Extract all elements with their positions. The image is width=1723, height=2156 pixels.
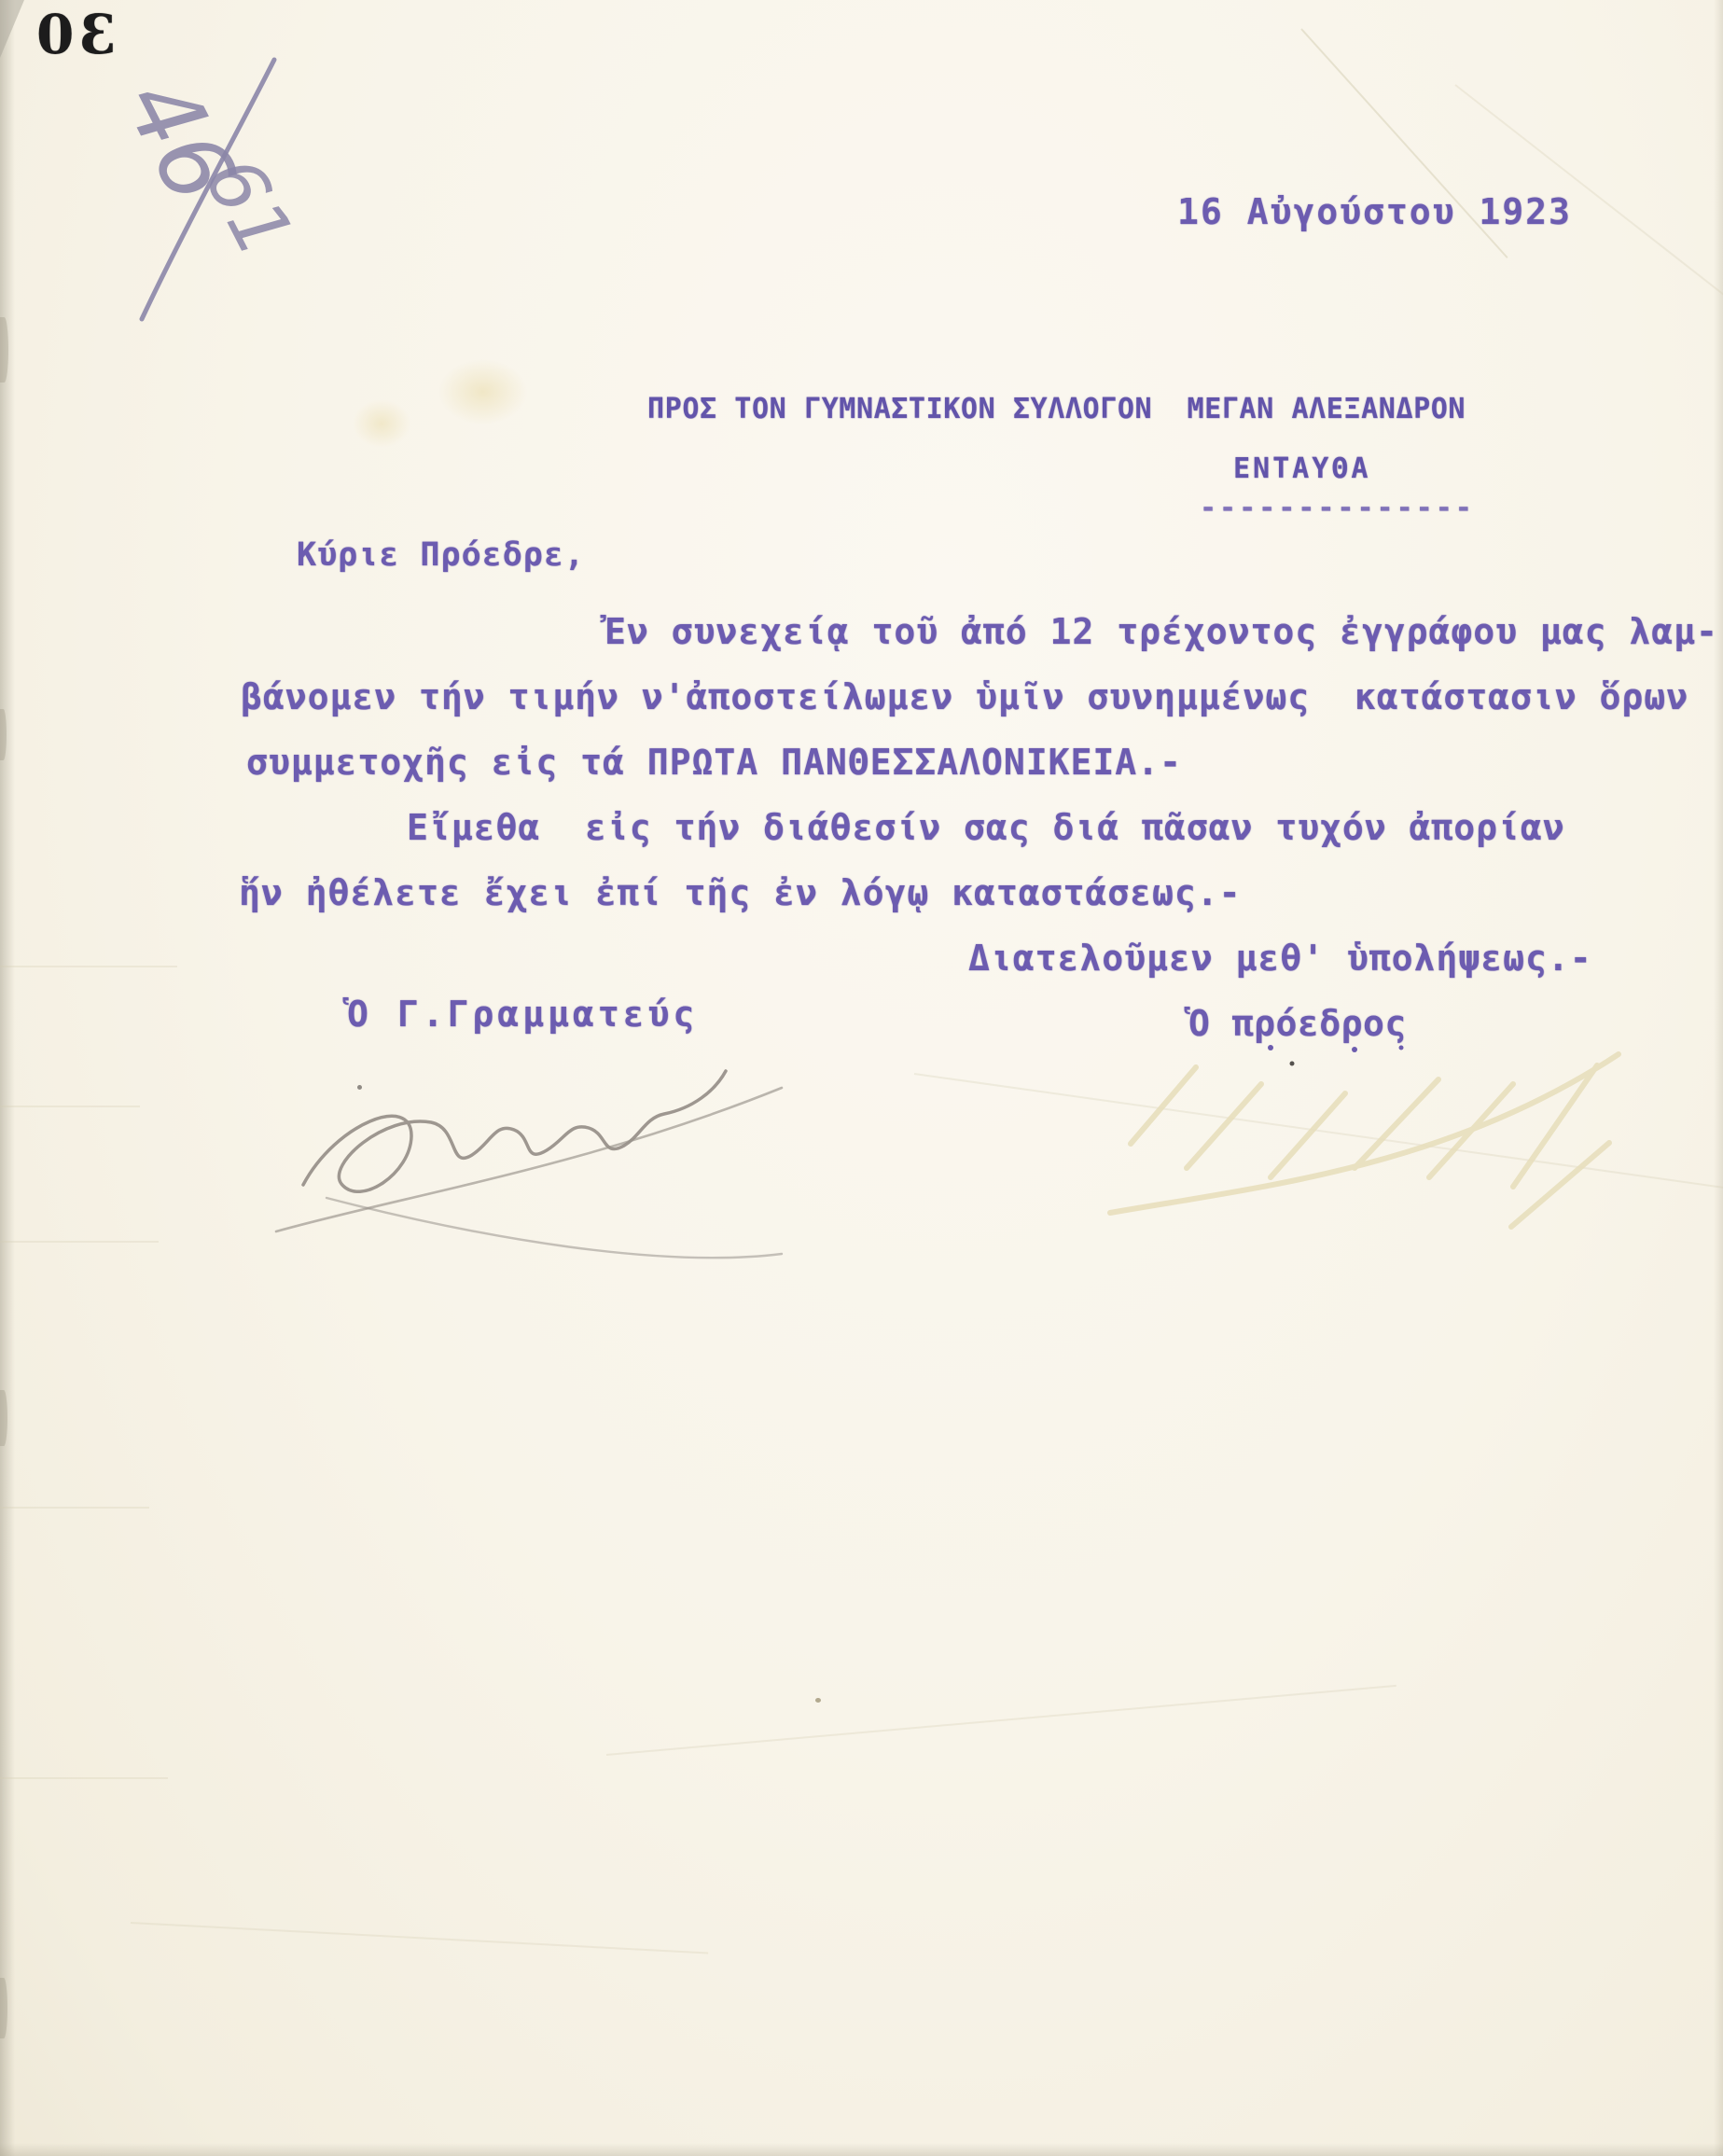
paper-edge-notch (0, 709, 7, 760)
paper-smudge (438, 359, 527, 424)
letter-sheet: 30 46 61 16 Αὐγούστου 1923 ΠΡΟΣ ΤΟΝ ΓΥΜΝ… (0, 0, 1723, 2156)
body-line: Εἴμεθα εἰς τήν διάθεσίν σας διά πᾶσαν τυ… (407, 810, 1565, 845)
signature-flourish (327, 1198, 782, 1258)
paper-crease (0, 1106, 140, 1107)
ink-speck (1352, 1047, 1357, 1052)
paper-speck (815, 1698, 821, 1703)
paper-edge-notch (0, 317, 8, 383)
paper-edge-notch (0, 1390, 7, 1446)
paper-crease (0, 1241, 159, 1243)
recipient-line: ΠΡΟΣ ΤΟΝ ΓΥΜΝΑΣΤΙΚΟΝ ΣΥΛΛΟΓΟΝ ΜΕΓΑΝ ΑΛΕΞ… (647, 396, 1466, 424)
salutation: Κύριε Πρόεδρε, (297, 539, 585, 572)
faded-stroke (1131, 1067, 1196, 1144)
ink-speck (1268, 1045, 1273, 1050)
paper-crease (0, 1507, 149, 1509)
faded-stroke (1271, 1093, 1345, 1177)
faded-stroke (1513, 1065, 1597, 1187)
secretary-title: Ὁ Γ.Γραμματεύς (347, 996, 698, 1032)
paper-crease (606, 1685, 1396, 1756)
paper-crease (131, 1922, 708, 1954)
body-line: ἥν ἠθέλετε ἔχει ἐπί τῆς ἐν λόγῳ καταστάσ… (239, 875, 1242, 911)
paper-edge-notch (0, 1978, 7, 2038)
paper-crease (0, 966, 177, 967)
body-line: συμμετοχῆς εἰς τά ΠΡΩΤΑ ΠΑΝΘΕΣΣΑΛΟΝΙΚΕΙΑ… (246, 744, 1182, 780)
ink-speck (1399, 1046, 1404, 1050)
president-signature (1073, 1026, 1651, 1241)
faded-stroke (1511, 1143, 1609, 1227)
letter-date: 16 Αὐγούστου 1923 (1177, 194, 1572, 230)
recipient-city: ΕΝΤΑΥΘΑ (1233, 455, 1370, 483)
body-line: Ἐν συνεχείᾳ τοῦ ἀπό 12 τρέχοντος ἐγγράφο… (604, 614, 1718, 649)
divider-dashes: -------------- (1200, 494, 1475, 522)
paper-right-edge (1714, 0, 1723, 2156)
paper-smudge (353, 399, 410, 448)
paper-bottom-edge (0, 2143, 1723, 2156)
secretary-signature (271, 1056, 793, 1243)
closing-line: Διατελοῦμεν μεθ' ὑπολήψεως.- (968, 940, 1592, 976)
paper-crease (0, 1777, 168, 1779)
archival-fraction: 46 61 (62, 47, 323, 336)
signature-flourish (276, 1088, 782, 1231)
pencil-speck (1290, 1062, 1295, 1066)
faded-stroke (1187, 1084, 1261, 1168)
body-line: βάνομεν τήν τιμήν ν'ἀποστείλωμεν ὑμῖν συ… (241, 679, 1688, 715)
